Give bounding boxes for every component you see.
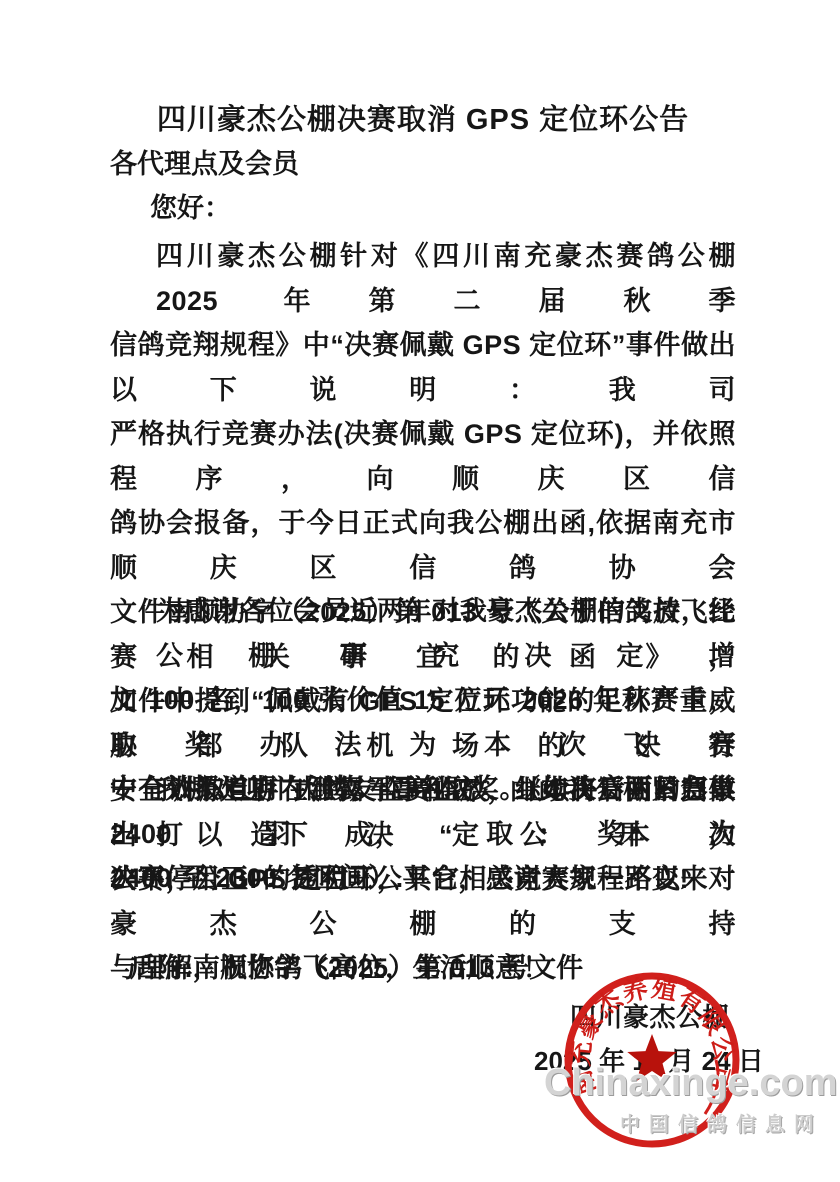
- announcement-document: 四川豪杰公棚决赛取消 GPS 定位环公告 各代理点及会员 您好： 四川豪杰公棚针…: [0, 0, 840, 1182]
- body-line: 公平，公正”的透明三公平台，感谢大家一路以来对豪杰公棚的支持: [110, 857, 736, 946]
- watermark-caption: 中国信鸽信息网: [620, 1108, 823, 1137]
- greeting-line: 您好：: [110, 186, 776, 230]
- body-line: 信鸽竞翔规程》中“决赛佩戴 GPS 定位环”事件做出以下说明：我司: [110, 323, 736, 412]
- body-line: 加 100 名，100 张价值 15 万元 2026 年秋赛卡，取奖办法为本次决…: [110, 678, 736, 767]
- body-line: 为感谢各位会员近两年对我豪杰公棚的支持，经公棚研究决定增: [110, 589, 736, 678]
- watermark-site: Chinaxinge.com: [544, 1062, 838, 1105]
- body-line: 鸽协会报备，于今日正式向我公棚出函,依据南充市顺庆区信鸽协会: [110, 501, 736, 590]
- page-title: 四川豪杰公棚决赛取消 GPS 定位环公告: [110, 100, 736, 140]
- body-line: 严格执行竞赛办法(决赛佩戴 GPS 定位环)，并依照程序，向顺庆区信: [110, 412, 736, 501]
- body-line: 我棚欢迎广大鸽友监赛监放，继续将后面的赛事打造成“公开，: [110, 768, 736, 857]
- salutation-line: 各代理点及会员: [110, 142, 736, 186]
- body-line: 四川豪杰公棚针对《四川南充豪杰赛鸽公棚 2025 年第二届秋季: [110, 234, 736, 323]
